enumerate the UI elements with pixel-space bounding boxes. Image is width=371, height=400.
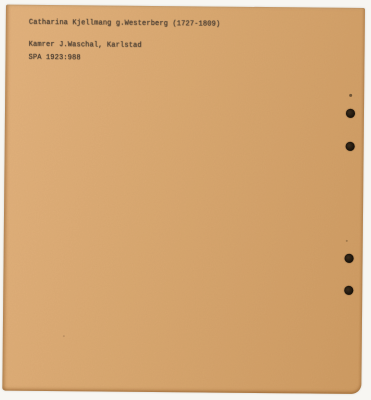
ink-speck [346, 240, 348, 242]
card-line-name: Catharina Kjellmang g.Westerberg (1727-1… [29, 19, 221, 30]
punch-hole [344, 286, 353, 295]
typewritten-text: Catharina Kjellmang g.Westerberg (1727-1… [29, 5, 349, 8]
punch-hole [346, 109, 355, 118]
archive-card: Catharina Kjellmang g.Westerberg (1727-1… [2, 5, 365, 394]
ink-speck [63, 335, 65, 337]
card-line-archive-number: SPA 1923:988 [28, 54, 80, 64]
punch-hole [345, 254, 354, 263]
punch-hole [346, 142, 355, 151]
ink-speck [349, 94, 352, 97]
card-line-owner: Kamrer J.Waschal, Karlstad [29, 41, 142, 51]
page-background: Catharina Kjellmang g.Westerberg (1727-1… [0, 0, 371, 400]
